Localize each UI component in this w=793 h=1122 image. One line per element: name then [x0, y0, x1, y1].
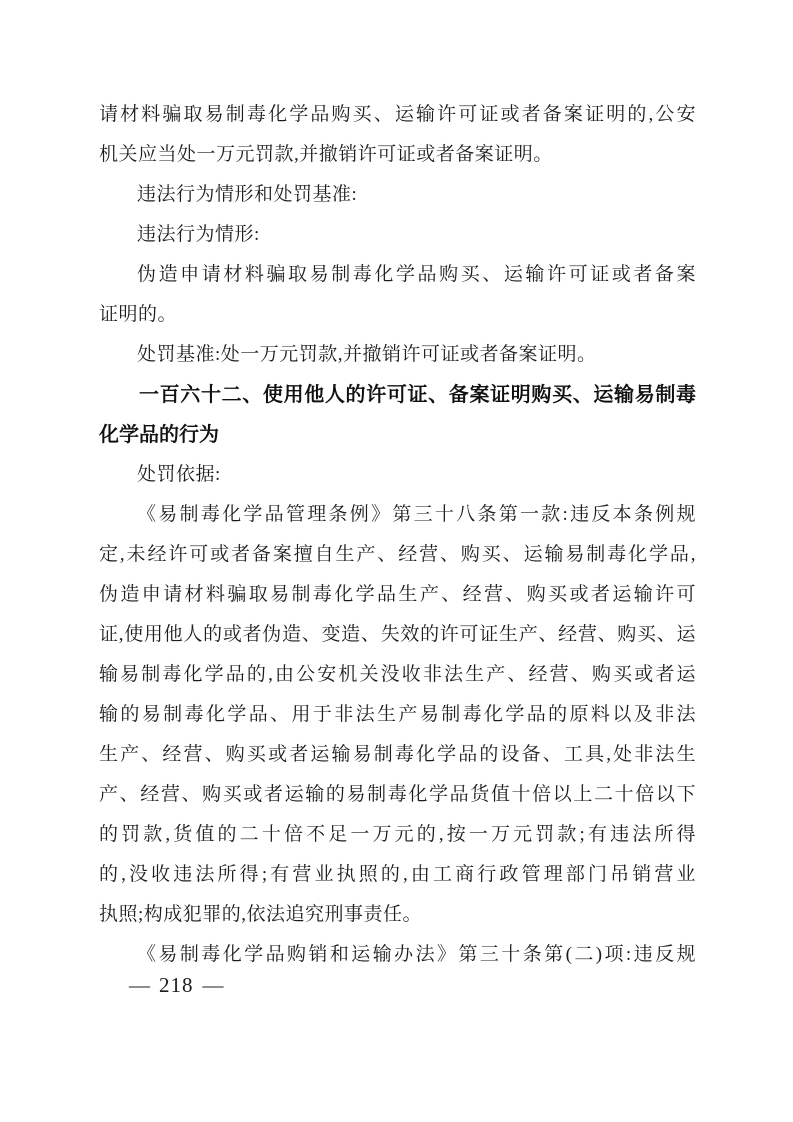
- text-line: 处罚基准:处一万元罚款,并撤销许可证或者备案证明。: [99, 335, 696, 375]
- text-line: 《易制毒化学品购销和运输办法》第三十条第(二)项:违反规: [99, 935, 696, 975]
- document-body: 请材料骗取易制毒化学品购买、运输许可证或者备案证明的,公安机关应当处一万元罚款,…: [99, 95, 696, 975]
- text-line: 伪造申请材料骗取易制毒化学品生产、经营、购买或者运输许可: [99, 575, 696, 615]
- section-heading-line: 化学品的行为: [99, 415, 696, 455]
- text-line: 处罚依据:: [99, 455, 696, 495]
- text-line: 违法行为情形:: [99, 215, 696, 255]
- text-line: 执照;构成犯罪的,依法追究刑事责任。: [99, 895, 696, 935]
- text-line: 输的易制毒化学品、用于非法生产易制毒化学品的原料以及非法: [99, 695, 696, 735]
- text-line: 证明的。: [99, 295, 696, 335]
- text-line: 伪造申请材料骗取易制毒化学品购买、运输许可证或者备案: [99, 255, 696, 295]
- footer-dash-right: —: [203, 973, 224, 997]
- text-line: 产、经营、购买或者运输的易制毒化学品货值十倍以上二十倍以下: [99, 775, 696, 815]
- text-line: 的,没收违法所得;有营业执照的,由工商行政管理部门吊销营业: [99, 855, 696, 895]
- text-line: 机关应当处一万元罚款,并撤销许可证或者备案证明。: [99, 135, 696, 175]
- text-line: 的罚款,货值的二十倍不足一万元的,按一万元罚款;有违法所得: [99, 815, 696, 855]
- document-page: 请材料骗取易制毒化学品购买、运输许可证或者备案证明的,公安机关应当处一万元罚款,…: [0, 0, 793, 1122]
- text-line: 证,使用他人的或者伪造、变造、失效的许可证生产、经营、购买、运: [99, 615, 696, 655]
- text-line: 违法行为情形和处罚基准:: [99, 175, 696, 215]
- text-line: 生产、经营、购买或者运输易制毒化学品的设备、工具,处非法生: [99, 735, 696, 775]
- text-line: 定,未经许可或者备案擅自生产、经营、购买、运输易制毒化学品,: [99, 535, 696, 575]
- text-line: 输易制毒化学品的,由公安机关没收非法生产、经营、购买或者运: [99, 655, 696, 695]
- page-footer: —218—: [129, 970, 224, 1000]
- text-line: 《易制毒化学品管理条例》第三十八条第一款:违反本条例规: [99, 495, 696, 535]
- text-line: 请材料骗取易制毒化学品购买、运输许可证或者备案证明的,公安: [99, 95, 696, 135]
- section-heading-line: 一百六十二、使用他人的许可证、备案证明购买、运输易制毒: [99, 375, 696, 415]
- footer-dash-left: —: [129, 973, 150, 997]
- page-number: 218: [159, 973, 194, 997]
